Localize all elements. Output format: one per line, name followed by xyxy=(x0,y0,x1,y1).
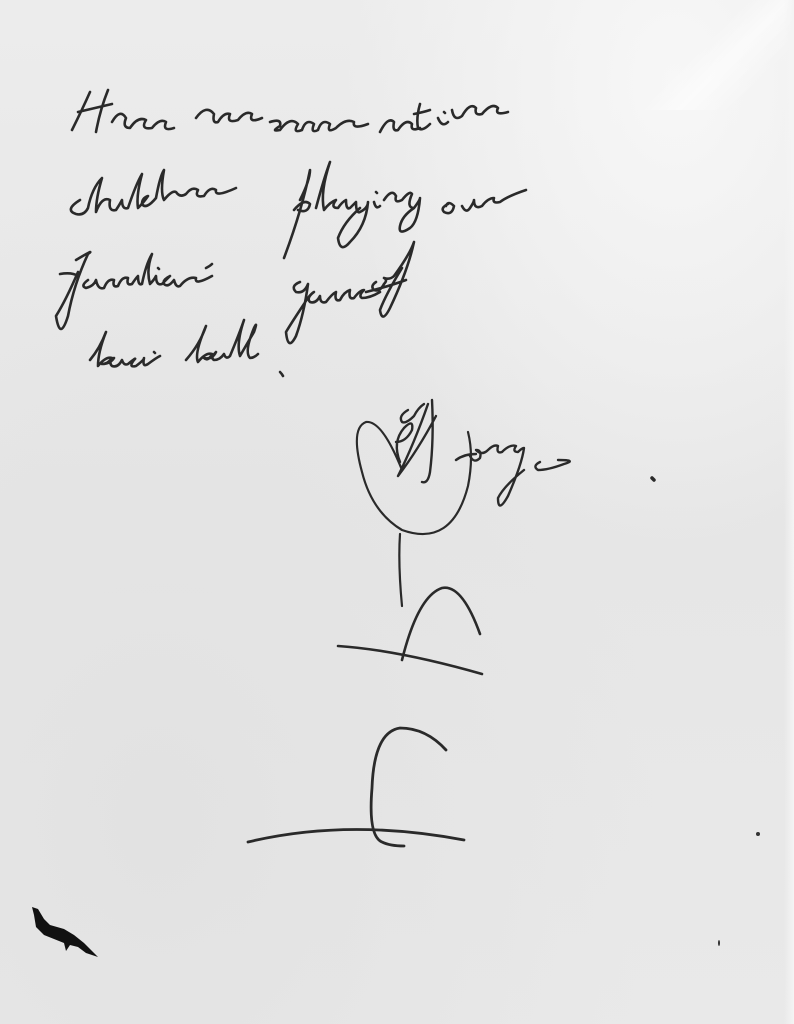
handwriting-line-3 xyxy=(56,242,414,343)
handwriting-line-1 xyxy=(72,90,508,132)
handwriting-line-2 xyxy=(71,162,526,258)
handwriting-line-4 xyxy=(90,320,283,376)
ink-blot xyxy=(30,905,100,965)
handwriting-ink xyxy=(0,0,794,1024)
speck-mark xyxy=(756,832,760,836)
doodle-arc-2 xyxy=(248,728,464,846)
doodle-arc-1 xyxy=(338,588,482,674)
signature-george xyxy=(396,400,654,506)
speck-mark xyxy=(718,940,720,946)
doodle-figure xyxy=(357,422,471,606)
photo-back-paper: Here are some native children playing ou… xyxy=(0,0,794,1024)
